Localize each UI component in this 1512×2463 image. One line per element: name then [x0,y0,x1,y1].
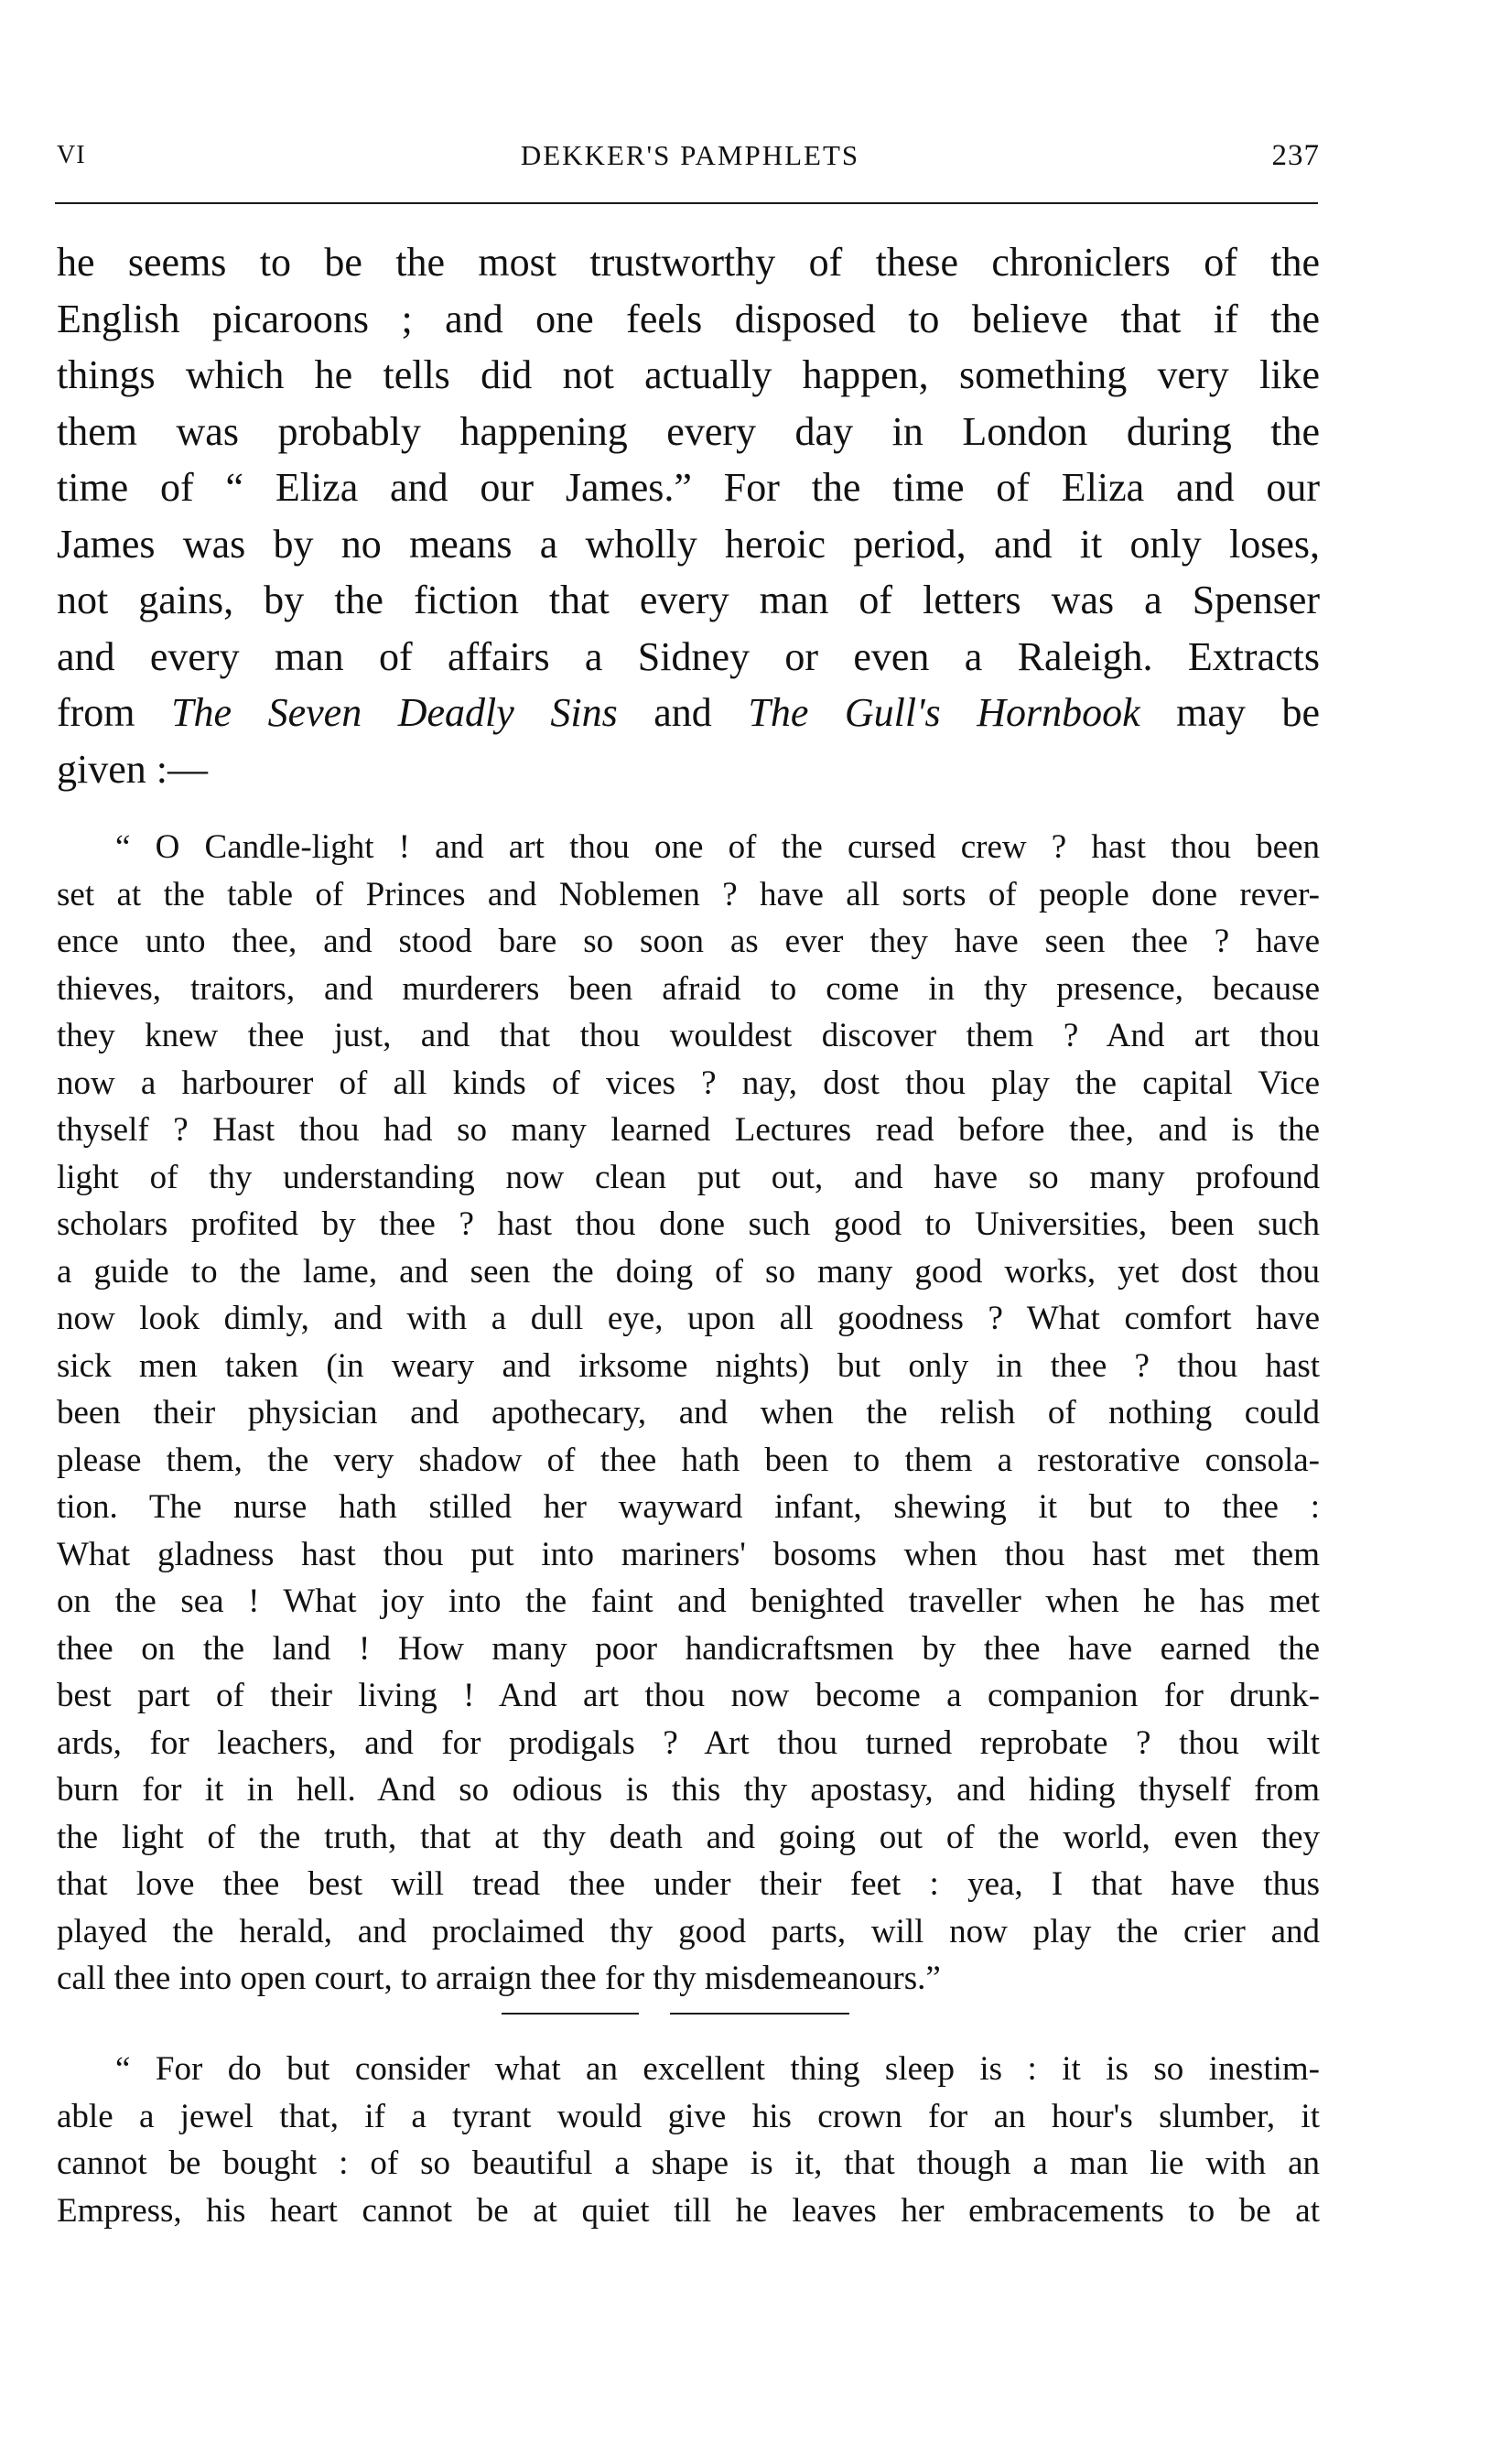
quote-line: burn for it in hell. And so odious is th… [57,1766,1320,1814]
quote-line: on the sea ! What joy into the faint and… [57,1578,1320,1626]
quote-line: thyself ? Hast thou had so many learned … [57,1107,1320,1154]
book-title-seven-deadly-sins: The Seven Deadly Sins [171,690,618,735]
running-head: VI DEKKER'S PAMPHLETS 237 [57,137,1323,174]
text-line: them was probably happening every day in… [57,404,1320,460]
quote-line: tion. The nurse hath stilled her wayward… [57,1484,1320,1531]
block-quote-sleep: “ For do but consider what an excellent … [57,2046,1320,2234]
text-fragment: may be [1140,690,1320,735]
text-line: things which he tells did not actually h… [57,347,1320,404]
quote-line: ards, for leachers, and for prodigals ? … [57,1720,1320,1767]
quote-line: now look dimly, and with a dull eye, upo… [57,1295,1320,1343]
header-rule [55,202,1318,204]
block-quote-candle-light: “ O Candle-light ! and art thou one of t… [57,824,1320,2003]
body-paragraph: he seems to be the most trustworthy of t… [57,234,1320,797]
quote-line: “ O Candle-light ! and art thou one of t… [57,824,1320,871]
quote-line: a guide to the lame, and seen the doing … [57,1248,1320,1296]
text-line: he seems to be the most trustworthy of t… [57,234,1320,291]
quote-line: now a harbourer of all kinds of vices ? … [57,1060,1320,1107]
quote-line: able a jewel that, if a tyrant would giv… [57,2093,1320,2141]
quote-line: sick men taken (in weary and irksome nig… [57,1343,1320,1390]
running-title: DEKKER'S PAMPHLETS [57,137,1323,174]
quote-line: thieves, traitors, and murderers been af… [57,966,1320,1013]
quote-line: “ For do but consider what an excellent … [57,2046,1320,2093]
quote-line: set at the table of Princes and Noblemen… [57,871,1320,919]
text-fragment: and [618,690,749,735]
quote-line: scholars profited by thee ? hast thou do… [57,1201,1320,1248]
text-line: and every man of affairs a Sidney or eve… [57,629,1320,686]
quote-line: been their physician and apothecary, and… [57,1389,1320,1437]
quote-line: thee on the land ! How many poor handicr… [57,1626,1320,1673]
quote-line: What gladness hast thou put into mariner… [57,1531,1320,1579]
quote-line: please them, the very shadow of thee hat… [57,1437,1320,1485]
quote-line: played the herald, and proclaimed thy go… [57,1908,1320,1956]
section-separator-left-rule [502,2013,639,2015]
quote-line: Empress, his heart cannot be at quiet ti… [57,2188,1320,2235]
text-fragment: from [57,690,171,735]
quote-line: they knew thee just, and that thou would… [57,1012,1320,1060]
text-line-with-titles: from The Seven Deadly Sins and The Gull'… [57,685,1320,741]
quote-line: call thee into open court, to arraign th… [57,1955,1320,2003]
quote-line: light of thy understanding now clean put… [57,1154,1320,1202]
quote-line: cannot be bought : of so beautiful a sha… [57,2140,1320,2188]
text-line: English picaroons ; and one feels dispos… [57,291,1320,348]
book-title-gulls-hornbook: The Gull's Hornbook [748,690,1139,735]
text-line: James was by no means a wholly heroic pe… [57,516,1320,573]
text-line: time of “ Eliza and our James.” For the … [57,459,1320,516]
quote-line: ence unto thee, and stood bare so soon a… [57,918,1320,966]
book-page: VI DEKKER'S PAMPHLETS 237 he seems to be… [0,0,1512,2463]
page-number: 237 [1272,137,1321,174]
quote-line: that love thee best will tread thee unde… [57,1861,1320,1908]
quote-line: the light of the truth, that at thy deat… [57,1814,1320,1862]
text-line: not gains, by the fiction that every man… [57,572,1320,629]
section-separator-right-rule [670,2013,849,2015]
quote-line: best part of their living ! And art thou… [57,1672,1320,1720]
text-line: given :— [57,741,1320,798]
